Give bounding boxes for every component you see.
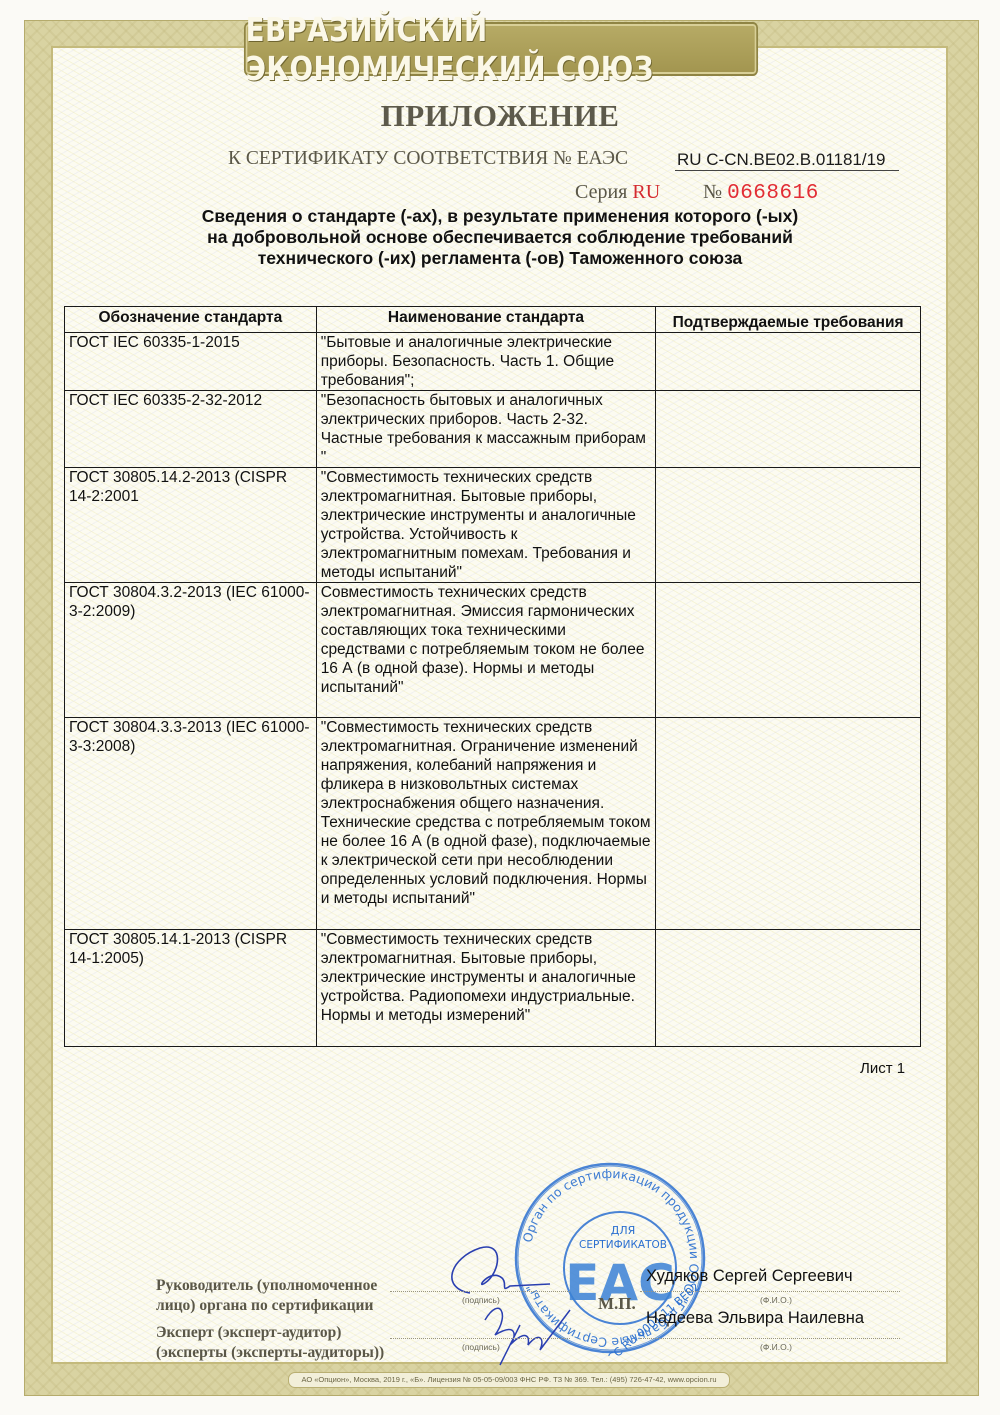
certificate-number: RU С-CN.ВЕ02.В.01181/19 <box>675 150 899 171</box>
standard-designation: ГОСТ 30805.14.1-2013 (CISPR 14-1:2005) <box>65 930 317 1047</box>
head-name: Худяков Сергей Сергеевич <box>646 1267 853 1286</box>
name-hint: (Ф.И.О.) <box>760 1342 792 1352</box>
series-block: Серия RU <box>575 181 660 204</box>
standard-designation: ГОСТ IEC 60335-2-32-2012 <box>65 391 317 468</box>
standard-name: "Совместимость технических средств элект… <box>316 468 656 583</box>
standard-name: "Совместимость технических средств элект… <box>316 930 656 1047</box>
header-designation: Обозначение стандарта <box>65 307 317 333</box>
standard-requirements <box>656 333 921 391</box>
union-banner-container: ЕВРАЗИЙСКИЙ ЭКОНОМИЧЕСКИЙ СОЮЗ <box>0 0 1000 80</box>
standard-designation: ГОСТ 30805.14.2-2013 (CISPR 14-2:2001 <box>65 468 317 583</box>
certificate-label: К СЕРТИФИКАТУ СООТВЕТСТВИЯ № ЕАЭС <box>228 148 628 170</box>
expert-name-line <box>640 1338 900 1339</box>
series-value: RU <box>632 181 660 203</box>
number-label: № <box>703 181 722 203</box>
form-number-block: № 0668616 <box>703 181 819 205</box>
printer-imprint: АО «Опцион», Москва, 2019 г., «Б». Лицен… <box>288 1372 730 1388</box>
expert-signature-line <box>390 1338 570 1339</box>
standard-designation: ГОСТ IEC 60335-1-2015 <box>65 333 317 391</box>
signature-hint: (подпись) <box>462 1295 500 1305</box>
header-requirements: Подтверждаемые требования <box>656 307 921 333</box>
intro-text: Сведения о стандарте (-ах), в результате… <box>100 206 900 269</box>
stamp-inner-top: ДЛЯ <box>611 1224 636 1237</box>
standard-name: "Безопасность бытовых и аналогичных элек… <box>316 391 656 468</box>
table-row: ГОСТ IEC 60335-2-32-2012 "Безопасность б… <box>65 391 921 468</box>
table-row: ГОСТ 30804.3.3-2013 (IEC 61000-3-3:2008)… <box>65 718 921 930</box>
standards-table: Обозначение стандарта Наименование станд… <box>64 306 921 1047</box>
standard-designation: ГОСТ 30804.3.3-2013 (IEC 61000-3-3:2008) <box>65 718 317 930</box>
expert-label-line: Эксперт (эксперт-аудитор) <box>156 1323 384 1343</box>
standard-name: "Бытовые и аналогичные электрические при… <box>316 333 656 391</box>
stamp-inner-mid: СЕРТИФИКАТОВ <box>579 1239 667 1251</box>
intro-line: технического (-их) регламента (-ов) Тамо… <box>100 248 900 269</box>
table-row: ГОСТ 30805.14.1-2013 (CISPR 14-1:2005) "… <box>65 930 921 1047</box>
intro-line: на добровольной основе обеспечивается со… <box>100 227 900 248</box>
standard-requirements <box>656 930 921 1047</box>
page-title: ПРИЛОЖЕНИЕ <box>0 98 1000 134</box>
sheet-label: Лист 1 <box>860 1060 905 1077</box>
expert-label: Эксперт (эксперт-аудитор) (эксперты (экс… <box>156 1323 384 1363</box>
standard-name: Совместимость технических средств электр… <box>316 583 656 718</box>
table-row: ГОСТ IEC 60335-1-2015 "Бытовые и аналоги… <box>65 333 921 391</box>
head-label: Руководитель (уполномоченное лицо) орган… <box>156 1276 377 1316</box>
head-label-line: Руководитель (уполномоченное <box>156 1276 377 1296</box>
standard-name: "Совместимость технических средств элект… <box>316 718 656 930</box>
head-signature-line <box>390 1291 570 1292</box>
head-label-line: лицо) органа по сертификации <box>156 1296 377 1316</box>
signature-hint: (подпись) <box>462 1342 500 1352</box>
table-row: ГОСТ 30804.3.2-2013 (IEC 61000-3-2:2009)… <box>65 583 921 718</box>
header-name: Наименование стандарта <box>316 307 656 333</box>
standard-designation: ГОСТ 30804.3.2-2013 (IEC 61000-3-2:2009) <box>65 583 317 718</box>
table-row: ГОСТ 30805.14.2-2013 (CISPR 14-2:2001 "С… <box>65 468 921 583</box>
expert-name: Надеева Эльвира Наилевна <box>646 1309 864 1328</box>
standard-requirements <box>656 391 921 468</box>
table-header-row: Обозначение стандарта Наименование станд… <box>65 307 921 333</box>
name-hint: (Ф.И.О.) <box>760 1295 792 1305</box>
stamp-place-label: М.П. <box>598 1294 636 1314</box>
standard-requirements <box>656 718 921 930</box>
head-name-line <box>640 1291 900 1292</box>
standard-requirements <box>656 583 921 718</box>
form-number: 0668616 <box>727 182 819 205</box>
series-label: Серия <box>575 181 627 203</box>
union-banner: ЕВРАЗИЙСКИЙ ЭКОНОМИЧЕСКИЙ СОЮЗ <box>244 22 758 76</box>
expert-label-line: (эксперты (эксперты-аудиторы)) <box>156 1343 384 1363</box>
intro-line: Сведения о стандарте (-ах), в результате… <box>100 206 900 227</box>
standard-requirements <box>656 468 921 583</box>
